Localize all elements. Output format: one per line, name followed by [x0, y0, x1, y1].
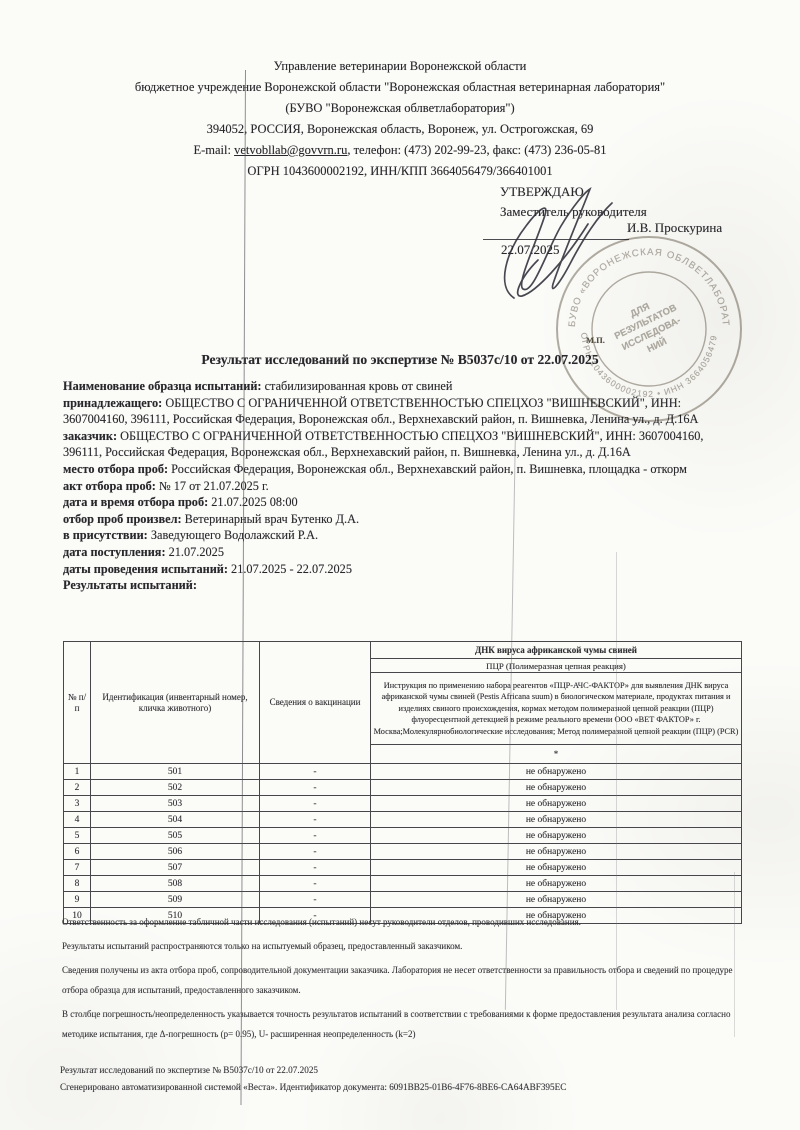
table-row: 7507-не обнаружено — [64, 860, 742, 876]
email-label: E-mail: — [193, 143, 231, 157]
org-address: 394052, РОССИЯ, Воронежская область, Вор… — [40, 119, 760, 140]
table-row: 1501-не обнаружено — [64, 764, 742, 780]
table-row: 6506-не обнаружено — [64, 844, 742, 860]
detail-test-dates: даты проведения испытаний: 21.07.2025 - … — [63, 561, 742, 578]
vaccination-cell: - — [260, 780, 371, 796]
table-row: 5505-не обнаружено — [64, 828, 742, 844]
detail-witness: в присутствии: Заведующего Водолажский Р… — [63, 527, 742, 544]
scanned-report-page: Управление ветеринарии Воронежской облас… — [0, 0, 800, 1130]
vaccination-cell: - — [260, 828, 371, 844]
result-cell: не обнаружено — [371, 780, 742, 796]
col-header-num: № п/п — [64, 642, 91, 764]
col-header-id: Идентификация (инвентарный номер, кличка… — [91, 642, 260, 764]
footer-generated-id: Сгенерировано автоматизированной системо… — [60, 1079, 760, 1096]
table-row: 3503-не обнаружено — [64, 796, 742, 812]
results-heading: Результаты испытаний: — [63, 577, 742, 594]
sample-id-cell: 506 — [91, 844, 260, 860]
result-cell: не обнаружено — [371, 764, 742, 780]
row-number-cell: 7 — [64, 860, 91, 876]
sample-id-cell: 503 — [91, 796, 260, 812]
email-link[interactable]: vetvobllab@govvrn.ru — [234, 143, 347, 157]
col-header-method-full: Инструкция по применению набора реагенто… — [371, 673, 742, 745]
sample-id-cell: 509 — [91, 892, 260, 908]
vaccination-cell: - — [260, 764, 371, 780]
sample-id-cell: 507 — [91, 860, 260, 876]
col-header-vaccination: Сведения о вакцинации — [260, 642, 371, 764]
detail-sampling-datetime: дата и время отбора проб: 21.07.2025 08:… — [63, 494, 742, 511]
vaccination-cell: - — [260, 844, 371, 860]
footnote-2: Результаты испытаний распространяются то… — [62, 936, 756, 956]
result-cell: не обнаружено — [371, 828, 742, 844]
result-cell: не обнаружено — [371, 892, 742, 908]
row-number-cell: 2 — [64, 780, 91, 796]
row-number-cell: 6 — [64, 844, 91, 860]
result-cell: не обнаружено — [371, 860, 742, 876]
org-ogrn-inn: ОГРН 1043600002192, ИНН/КПП 3664056479/3… — [40, 161, 760, 182]
footnote-1: Ответственность за оформление табличной … — [62, 912, 756, 932]
row-number-cell: 8 — [64, 876, 91, 892]
org-short-name: (БУВО "Воронежская облветлаборатория") — [40, 98, 760, 119]
row-number-cell: 4 — [64, 812, 91, 828]
vaccination-cell: - — [260, 876, 371, 892]
row-number-cell: 9 — [64, 892, 91, 908]
col-header-method-short: ПЦР (Полимеразная цепная реакция) — [371, 659, 742, 673]
sample-id-cell: 501 — [91, 764, 260, 780]
detail-customer: заказчик: ОБЩЕСТВО С ОГРАНИЧЕННОЙ ОТВЕТС… — [63, 428, 742, 461]
results-table: № п/п Идентификация (инвентарный номер, … — [63, 641, 742, 924]
footnotes: Ответственность за оформление табличной … — [62, 912, 756, 1048]
sample-id-cell: 508 — [91, 876, 260, 892]
org-name: Управление ветеринарии Воронежской облас… — [40, 56, 760, 77]
footer-expertise-ref: Результат исследований по экспертизе № В… — [60, 1062, 760, 1079]
vaccination-cell: - — [260, 796, 371, 812]
document-footer: Результат исследований по экспертизе № В… — [60, 1062, 760, 1095]
org-contacts-line: E-mail: vetvobllab@govvrn.ru, телефон: (… — [40, 140, 760, 161]
stamp-mp-label: М.П. — [586, 335, 605, 345]
org-full-name: бюджетное учреждение Воронежской области… — [40, 77, 760, 98]
vaccination-cell: - — [260, 860, 371, 876]
sample-id-cell: 505 — [91, 828, 260, 844]
sample-id-cell: 502 — [91, 780, 260, 796]
row-number-cell: 3 — [64, 796, 91, 812]
result-cell: не обнаружено — [371, 796, 742, 812]
sample-id-cell: 504 — [91, 812, 260, 828]
footnote-3: Сведения получены из акта отбора проб, с… — [62, 960, 756, 1000]
table-row: 2502-не обнаружено — [64, 780, 742, 796]
signature-icon — [492, 186, 642, 306]
vaccination-cell: - — [260, 892, 371, 908]
row-number-cell: 5 — [64, 828, 91, 844]
table-row: 9509-не обнаружено — [64, 892, 742, 908]
result-cell: не обнаружено — [371, 812, 742, 828]
table-row: 4504-не обнаружено — [64, 812, 742, 828]
vaccination-cell: - — [260, 812, 371, 828]
col-header-analyte: ДНК вируса африканской чумы свиней — [371, 642, 742, 659]
row-number-cell: 1 — [64, 764, 91, 780]
detail-sampling-place: место отбора проб: Российская Федерация,… — [63, 461, 742, 478]
detail-sampling-act: акт отбора проб: № 17 от 21.07.2025 г. — [63, 478, 742, 495]
table-row: 8508-не обнаружено — [64, 876, 742, 892]
col-header-units: * — [371, 745, 742, 764]
detail-sampler: отбор проб произвел: Ветеринарный врач Б… — [63, 511, 742, 528]
result-cell: не обнаружено — [371, 844, 742, 860]
footnote-4: В столбце погрешность/неопределенность у… — [62, 1004, 756, 1044]
detail-received-date: дата поступления: 21.07.2025 — [63, 544, 742, 561]
result-cell: не обнаружено — [371, 876, 742, 892]
org-letterhead: Управление ветеринарии Воронежской облас… — [40, 56, 760, 182]
phone-fax: , телефон: (473) 202-99-23, факс: (473) … — [347, 143, 606, 157]
